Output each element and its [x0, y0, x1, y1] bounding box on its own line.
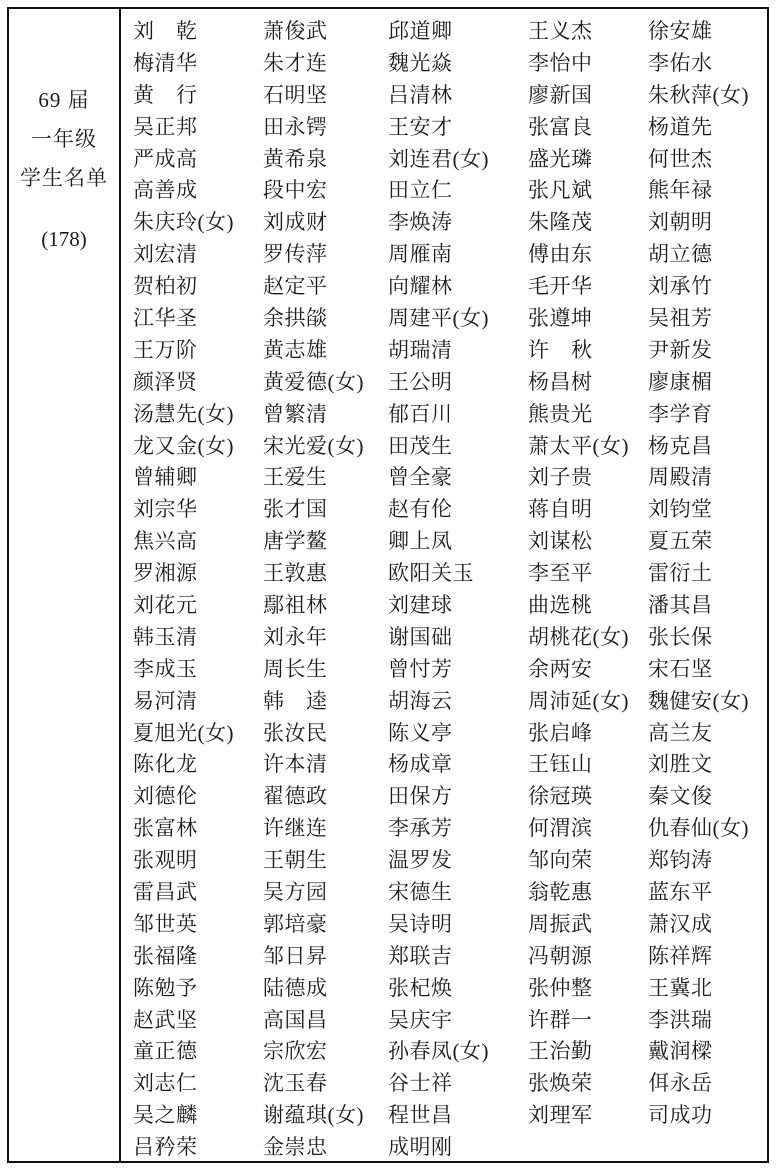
- student-name: 程世昌: [388, 1099, 528, 1129]
- student-name: 周振武: [528, 908, 648, 938]
- student-name: 田茂生: [388, 430, 528, 460]
- student-name: 吕矜荣: [133, 1131, 263, 1161]
- student-name: 赵武坚: [133, 1004, 263, 1034]
- student-name: 罗传萍: [263, 238, 388, 268]
- student-name: 王万阶: [133, 334, 263, 364]
- student-name: 胡立德: [648, 238, 767, 268]
- student-name: 吴之麟: [133, 1099, 263, 1129]
- student-name: 吴祖芳: [648, 302, 767, 332]
- student-name: 宗欣宏: [263, 1035, 388, 1065]
- table-row: 刘志仁沈玉春谷士祥张焕荣佴永岳: [133, 1066, 767, 1098]
- student-name: 邹日昇: [263, 940, 388, 970]
- student-name: 欧阳关玉: [388, 557, 528, 587]
- student-name: 吴诗明: [388, 908, 528, 938]
- table-row: 李成玉周长生曾忖芳余两安宋石坚: [133, 652, 767, 684]
- student-name: 司成功: [648, 1099, 767, 1129]
- student-name: 徐安雄: [648, 15, 767, 45]
- table-row: 陈勉予陆德成张杞焕张仲整王冀北: [133, 971, 767, 1003]
- student-name: 王治勤: [528, 1035, 648, 1065]
- student-name: 田立仁: [388, 174, 528, 204]
- table-row: 高善成段中宏田立仁张凡斌熊年禄: [133, 173, 767, 205]
- student-name: 高善成: [133, 174, 263, 204]
- student-name: 谢国础: [388, 621, 528, 651]
- student-name: 毛开华: [528, 270, 648, 300]
- table-row: 贺柏初赵定平向耀林毛开华刘承竹: [133, 269, 767, 301]
- student-name: 佴永岳: [648, 1067, 767, 1097]
- student-name: 刘永年: [263, 621, 388, 651]
- student-name: 李成玉: [133, 653, 263, 683]
- student-name: 颜泽贤: [133, 366, 263, 396]
- student-name: 曾繁清: [263, 398, 388, 428]
- student-name: 朱隆茂: [528, 206, 648, 236]
- student-name: 王冀北: [648, 972, 767, 1002]
- student-name: 韩玉清: [133, 621, 263, 651]
- table-row: 张观明王朝生温罗发邹向荣郑钧涛: [133, 843, 767, 875]
- table-row: 江华圣余拱燄周建平(女)张遵坤吴祖芳: [133, 301, 767, 333]
- student-name: 廖新国: [528, 79, 648, 109]
- student-name: 刘朝明: [648, 206, 767, 236]
- student-name: 邹向荣: [528, 844, 648, 874]
- student-name: 周沛延(女): [528, 685, 648, 715]
- student-name: 张杞焕: [388, 972, 528, 1002]
- student-name: 邱道卿: [388, 15, 528, 45]
- student-name: 陈勉予: [133, 972, 263, 1002]
- table-row: 陈化龙许本清杨成章王钰山刘胜文: [133, 747, 767, 779]
- student-name: 段中宏: [263, 174, 388, 204]
- student-name: 黄志雄: [263, 334, 388, 364]
- student-name: 严成高: [133, 143, 263, 173]
- student-name: 王爱生: [263, 461, 388, 491]
- header-line-class-year: 69 届: [9, 81, 119, 120]
- student-name: 李焕涛: [388, 206, 528, 236]
- student-name: 刘理军: [528, 1099, 648, 1129]
- table-row: 刘 乾萧俊武邱道卿王义杰徐安雄: [133, 14, 767, 46]
- student-name: 宋光爱(女): [263, 430, 388, 460]
- student-name: 江华圣: [133, 302, 263, 332]
- roster-header-cell: 69 届 一年级 学生名单 (178): [9, 9, 121, 1161]
- student-name: 赵定平: [263, 270, 388, 300]
- student-name: 宋德生: [388, 876, 528, 906]
- student-name: 戴润樑: [648, 1035, 767, 1065]
- student-name: 朱秋萍(女): [648, 79, 767, 109]
- student-name: 陆德成: [263, 972, 388, 1002]
- student-name: 谢蕴琪(女): [263, 1099, 388, 1129]
- student-name: 蒋自明: [528, 493, 648, 523]
- student-name: 杨道先: [648, 111, 767, 141]
- table-row: 王万阶黄志雄胡瑞清许 秋尹新发: [133, 333, 767, 365]
- table-row: 罗湘源王敦惠欧阳关玉李至平雷衍土: [133, 556, 767, 588]
- student-name: 张汝民: [263, 717, 388, 747]
- student-name: 刘花元: [133, 589, 263, 619]
- table-row: 赵武坚高国昌吴庆宇许群一李洪瑞: [133, 1003, 767, 1035]
- student-name: 朱才连: [263, 47, 388, 77]
- student-name: 胡海云: [388, 685, 528, 715]
- student-name: 雷昌武: [133, 876, 263, 906]
- student-name: 李洪瑞: [648, 1004, 767, 1034]
- student-name: 傅由东: [528, 238, 648, 268]
- student-name: 张启峰: [528, 717, 648, 747]
- student-name: 翟德政: [263, 780, 388, 810]
- student-name: 鄢祖林: [263, 589, 388, 619]
- student-name: 曲选桃: [528, 589, 648, 619]
- student-name: 余拱燄: [263, 302, 388, 332]
- student-name: 童正德: [133, 1035, 263, 1065]
- student-name: 刘宏清: [133, 238, 263, 268]
- student-name: 熊年禄: [648, 174, 767, 204]
- student-name: 杨昌树: [528, 366, 648, 396]
- student-name: 陈义亭: [388, 717, 528, 747]
- student-name: 石明坚: [263, 79, 388, 109]
- table-row: 刘德伦翟德政田保方徐冠瑛秦文俊: [133, 779, 767, 811]
- student-name: 刘志仁: [133, 1067, 263, 1097]
- student-name: 刘成财: [263, 206, 388, 236]
- header-line-grade: 一年级: [9, 120, 119, 159]
- student-name: 郁百川: [388, 398, 528, 428]
- table-row: 龙又金(女)宋光爱(女)田茂生萧太平(女)杨克昌: [133, 429, 767, 461]
- student-name: 张福隆: [133, 940, 263, 970]
- student-name: 周雁南: [388, 238, 528, 268]
- student-name: 刘谋松: [528, 525, 648, 555]
- student-name: 陈祥辉: [648, 940, 767, 970]
- table-row: 刘花元鄢祖林刘建球曲选桃潘其昌: [133, 588, 767, 620]
- table-row: 黄 行石明坚吕清林廖新国朱秋萍(女): [133, 78, 767, 110]
- student-name: 秦文俊: [648, 780, 767, 810]
- student-name: 曾全豪: [388, 461, 528, 491]
- student-name: 刘宗华: [133, 493, 263, 523]
- student-name: 王安才: [388, 111, 528, 141]
- student-name: 陈化龙: [133, 748, 263, 778]
- student-name: 仇春仙(女): [648, 812, 767, 842]
- student-name: 汤慧先(女): [133, 398, 263, 428]
- student-name: 唐学鳌: [263, 525, 388, 555]
- student-name: 雷衍土: [648, 557, 767, 587]
- student-name: 廖康楣: [648, 366, 767, 396]
- student-name: 萧汉成: [648, 908, 767, 938]
- student-name: 曾忖芳: [388, 653, 528, 683]
- student-name: 张凡斌: [528, 174, 648, 204]
- student-name: 向耀林: [388, 270, 528, 300]
- student-name: 魏健安(女): [648, 685, 767, 715]
- student-name: 罗湘源: [133, 557, 263, 587]
- table-row: 易河清韩 逵胡海云周沛延(女)魏健安(女): [133, 684, 767, 716]
- student-name: 田保方: [388, 780, 528, 810]
- student-name: 刘承竹: [648, 270, 767, 300]
- table-row: 张富林许继连李承芳何渭滨仇春仙(女): [133, 811, 767, 843]
- student-name: 高兰友: [648, 717, 767, 747]
- student-name: 曾辅卿: [133, 461, 263, 491]
- table-row: 童正德宗欣宏孙春凤(女)王治勤戴润樑: [133, 1035, 767, 1067]
- student-name: 张富林: [133, 812, 263, 842]
- student-name: 许继连: [263, 812, 388, 842]
- student-name: 刘子贵: [528, 461, 648, 491]
- student-name: 李佑水: [648, 47, 767, 77]
- table-row: 焦兴高唐学鳌卿上凤刘谋松夏五荣: [133, 524, 767, 556]
- student-name: 贺柏初: [133, 270, 263, 300]
- student-name: 熊贵光: [528, 398, 648, 428]
- student-name: 李承芳: [388, 812, 528, 842]
- student-name: 周长生: [263, 653, 388, 683]
- student-name: 刘钧堂: [648, 493, 767, 523]
- student-name: 胡瑞清: [388, 334, 528, 364]
- student-name: 张才国: [263, 493, 388, 523]
- student-name: 张仲整: [528, 972, 648, 1002]
- table-row: 张福隆邹日昇郑联吉冯朝源陈祥辉: [133, 939, 767, 971]
- student-name: 梅清华: [133, 47, 263, 77]
- table-row: 刘宗华张才国赵有伦蒋自明刘钧堂: [133, 492, 767, 524]
- student-name: 孙春凤(女): [388, 1035, 528, 1065]
- student-name: 赵有伦: [388, 493, 528, 523]
- student-name: 吴庆宇: [388, 1004, 528, 1034]
- student-name: 周建平(女): [388, 302, 528, 332]
- student-name: 许群一: [528, 1004, 648, 1034]
- student-name: 张观明: [133, 844, 263, 874]
- table-row: 韩玉清刘永年谢国础胡桃花(女)张长保: [133, 620, 767, 652]
- student-name: 萧太平(女): [528, 430, 648, 460]
- student-name: 郑钧涛: [648, 844, 767, 874]
- student-name: 朱庆玲(女): [133, 206, 263, 236]
- student-name: 余两安: [528, 653, 648, 683]
- student-name: 吴方园: [263, 876, 388, 906]
- student-name: 王敦惠: [263, 557, 388, 587]
- student-name: 魏光焱: [388, 47, 528, 77]
- table-row: 朱庆玲(女)刘成财李焕涛朱隆茂刘朝明: [133, 205, 767, 237]
- student-name: 谷士祥: [388, 1067, 528, 1097]
- student-name: 邹世英: [133, 908, 263, 938]
- table-row: 梅清华朱才连魏光焱李怡中李佑水: [133, 46, 767, 78]
- student-name: 宋石坚: [648, 653, 767, 683]
- student-name: 周殿清: [648, 461, 767, 491]
- student-name: 王义杰: [528, 15, 648, 45]
- student-name: 蓝东平: [648, 876, 767, 906]
- student-name: 黄爱德(女): [263, 366, 388, 396]
- student-name: 郑联吉: [388, 940, 528, 970]
- student-name: 尹新发: [648, 334, 767, 364]
- student-name: 成明刚: [388, 1131, 528, 1161]
- student-name: 金崇忠: [263, 1131, 388, 1161]
- student-name: 盛光璘: [528, 143, 648, 173]
- student-name: 杨成章: [388, 748, 528, 778]
- student-name: 黄希泉: [263, 143, 388, 173]
- student-name: 王公明: [388, 366, 528, 396]
- student-name: 张焕荣: [528, 1067, 648, 1097]
- student-name: 张长保: [648, 621, 767, 651]
- student-name: 刘 乾: [133, 15, 263, 45]
- table-row: 吴正邦田永锷王安才张富良杨道先: [133, 110, 767, 142]
- student-name: 卿上凤: [388, 525, 528, 555]
- student-name: 萧俊武: [263, 15, 388, 45]
- student-name: 田永锷: [263, 111, 388, 141]
- header-line-list-title: 学生名单: [9, 159, 119, 198]
- student-name: 吕清林: [388, 79, 528, 109]
- student-name: 王钰山: [528, 748, 648, 778]
- student-name: 温罗发: [388, 844, 528, 874]
- student-name: 龙又金(女): [133, 430, 263, 460]
- table-row: 吕矜荣金崇忠成明刚: [133, 1130, 767, 1162]
- student-name: 张富良: [528, 111, 648, 141]
- student-name: 许本清: [263, 748, 388, 778]
- student-name: 许 秋: [528, 334, 648, 364]
- student-name: 何渭滨: [528, 812, 648, 842]
- student-name: 沈玉春: [263, 1067, 388, 1097]
- student-name: 王朝生: [263, 844, 388, 874]
- table-row: 曾辅卿王爱生曾全豪刘子贵周殿清: [133, 460, 767, 492]
- name-grid: 刘 乾萧俊武邱道卿王义杰徐安雄梅清华朱才连魏光焱李怡中李佑水黄 行石明坚吕清林廖…: [121, 9, 767, 1161]
- student-name: 易河清: [133, 685, 263, 715]
- student-name: 焦兴高: [133, 525, 263, 555]
- student-name: 李怡中: [528, 47, 648, 77]
- student-name: 张遵坤: [528, 302, 648, 332]
- student-name: 何世杰: [648, 143, 767, 173]
- student-name: 刘德伦: [133, 780, 263, 810]
- table-row: 雷昌武吴方园宋德生翁乾惠蓝东平: [133, 875, 767, 907]
- table-row: 颜泽贤黄爱德(女)王公明杨昌树廖康楣: [133, 365, 767, 397]
- table-row: 吴之麟谢蕴琪(女)程世昌刘理军司成功: [133, 1098, 767, 1130]
- student-name: 李学育: [648, 398, 767, 428]
- student-name: 杨克昌: [648, 430, 767, 460]
- student-name: 刘胜文: [648, 748, 767, 778]
- table-row: 刘宏清罗传萍周雁南傅由东胡立德: [133, 237, 767, 269]
- student-name: 韩 逵: [263, 685, 388, 715]
- table-row: 汤慧先(女)曾繁清郁百川熊贵光李学育: [133, 397, 767, 429]
- student-name: 郭培豪: [263, 908, 388, 938]
- student-name: 李至平: [528, 557, 648, 587]
- student-name: 黄 行: [133, 79, 263, 109]
- student-name: 翁乾惠: [528, 876, 648, 906]
- table-row: 夏旭光(女)张汝民陈义亭张启峰高兰友: [133, 716, 767, 748]
- table-row: 严成高黄希泉刘连君(女)盛光璘何世杰: [133, 142, 767, 174]
- student-name: 夏五荣: [648, 525, 767, 555]
- student-name: 胡桃花(女): [528, 621, 648, 651]
- table-row: 邹世英郭培豪吴诗明周振武萧汉成: [133, 907, 767, 939]
- student-name: 高国昌: [263, 1004, 388, 1034]
- student-name: 刘连君(女): [388, 143, 528, 173]
- student-name: 冯朝源: [528, 940, 648, 970]
- student-name: 吴正邦: [133, 111, 263, 141]
- student-name: 夏旭光(女): [133, 717, 263, 747]
- student-roster-table: 69 届 一年级 学生名单 (178) 刘 乾萧俊武邱道卿王义杰徐安雄梅清华朱才…: [7, 7, 769, 1163]
- student-name: 刘建球: [388, 589, 528, 619]
- student-count: (178): [9, 220, 119, 259]
- student-name: 徐冠瑛: [528, 780, 648, 810]
- student-name: 潘其昌: [648, 589, 767, 619]
